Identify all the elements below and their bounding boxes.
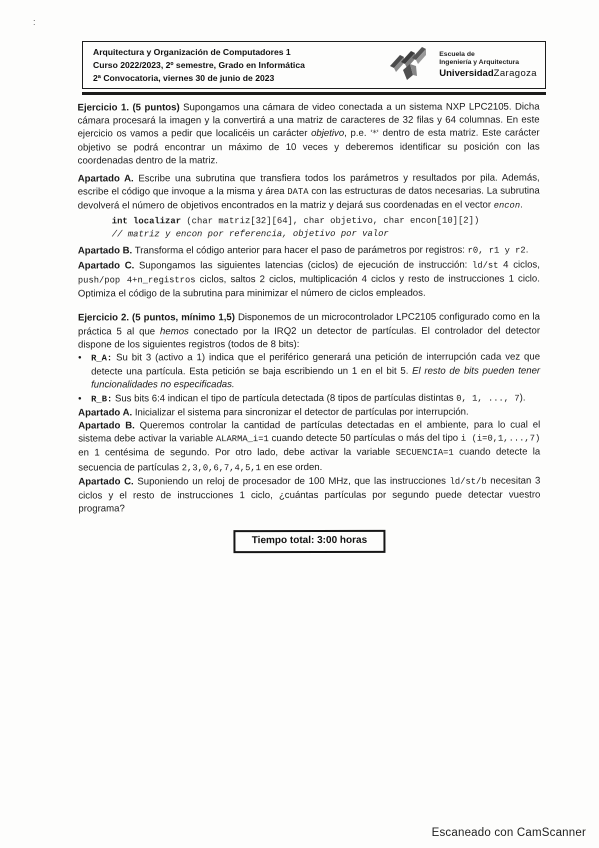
exercise1-apartado-b: Apartado B. Transforma el código anterio… [78,243,540,258]
exam-body: Ejercicio 1. (5 puntos) Supongamos una c… [78,101,541,554]
header-divider [82,92,546,95]
exam-header: Arquitectura y Organización de Computado… [82,41,546,89]
particle-types-mono: 0, 1, ..., 7 [456,393,519,403]
apartado-b2-text-2: cuando detecte 50 partículas o más del t… [269,433,461,444]
apartado-c2-label: Apartado C. [78,476,133,487]
exercise1-objetivo-word: objetivo [311,128,344,139]
exercise2-intro: Ejercicio 2. (5 puntos, mínimo 1,5) Disp… [78,311,540,352]
camscanner-watermark: Escaneado con CamScanner [432,827,586,839]
exercise2-apartado-c: Apartado C. Suponiendo un reloj de proce… [78,474,540,516]
registers-list: r0, r1 y r2 [468,245,526,255]
data-keyword: DATA [287,187,308,197]
apartado-b2-text-3: en 1 centésima de segundo. Por otro lado… [78,447,395,459]
university-text: Escuela de Ingeniería y Arquitectura Uni… [439,51,537,79]
exercise2-apartado-b: Apartado B. Queremos controlar la cantid… [78,419,540,476]
i-range: (i=0,1,...,7) [466,434,540,444]
apartado-b2-text-5: en ese orden. [261,462,322,473]
apartado-c2-text-1: Suponiendo un reloj de procesador de 100… [134,476,450,488]
alarma-variable: ALARMA_i=1 [216,434,269,444]
apartado-c-text-2: 4 ciclos, [498,259,539,270]
hemos-word: hemos [160,326,189,337]
university-branding: Escuela de Ingeniería y Arquitectura Uni… [386,46,545,84]
apartado-a2-label: Apartado A. [78,407,132,418]
apartado-c-label: Apartado C. [78,260,134,271]
apartado-b-label: Apartado B. [78,245,132,256]
university-name-bold: Universidad [439,68,493,79]
code-keyword: int localizar [112,216,181,226]
apartado-a-period: . [520,200,523,211]
code-snippet: int localizar (char matriz[32][64], char… [112,214,540,241]
scanned-exam-page: : Arquitectura y Organización de Computa… [0,0,599,848]
apartado-c-text-1: Supongamos las siguientes latencias (cic… [134,259,472,271]
register-bullet-ra: • R_A: Su bit 3 (activo a 1) indica que … [78,351,540,393]
exercise1-apartado-a: Apartado A. Escribe una subrutina que tr… [78,172,540,215]
school-name-line2: Ingeniería y Arquitectura [439,59,537,67]
bullet-icon: • [78,392,91,406]
pushpop-mono: push/pop 4+n_registros [78,275,196,285]
exercise1-title: Ejercicio 1. (5 puntos) [78,102,180,113]
universidad-zaragoza-logo-icon [386,46,432,84]
apartado-b2-label: Apartado B. [78,420,135,431]
course-info: Arquitectura y Organización de Computado… [83,46,305,85]
secuencia-variable: SECUENCIA=1 [396,448,454,458]
apartado-a2-text: Inicializar el sistema para sincronizar … [132,407,469,419]
school-name-line1: Escuela de [439,51,537,59]
code-comment: // matriz y encon por referencia, objeti… [112,227,540,241]
exercise1-intro: Ejercicio 1. (5 puntos) Supongamos una c… [78,101,540,168]
register-ra-description: R_A: Su bit 3 (activo a 1) indica que el… [91,351,540,393]
bullet-icon: • [78,352,91,393]
encon-variable: encon [494,201,520,211]
register-rb-text-1: Sus bits 6:4 indican el tipo de partícul… [112,392,456,404]
register-rb-text-2: ). [520,392,526,403]
code-signature: (char matriz[32][64], char objetivo, cha… [181,215,479,226]
register-bullet-rb: • R_B: Sus bits 6:4 indican el tipo de p… [78,391,540,406]
exercise2-title: Ejercicio 2. (5 puntos, mínimo 1,5) [78,313,235,324]
exercise2-apartado-a: Apartado A. Inicializar el sistema para … [78,405,540,419]
exam-date: 2ª Convocatoria, viernes 30 de junio de … [93,72,305,85]
total-time-box: Tiempo total: 3:00 horas [234,530,385,553]
apartado-b-period: . [526,244,529,255]
scan-artifact-mark: : [33,20,36,25]
apartado-b-text: Transforma el código anterior para hacer… [132,244,467,256]
university-name: UniversidadZaragoza [439,68,537,79]
code-line-1: int localizar (char matriz[32][64], char… [112,214,540,228]
exercise1-intro-text-2: , p.e. [344,128,370,139]
register-ra-name: R_A: [91,353,112,363]
register-rb-name: R_B: [91,394,112,404]
ldst-mono: ld/st [472,260,498,270]
particle-sequence: 2,3,0,6,7,4,5,1 [182,463,261,473]
ldstb-mono: ld/st/b [450,477,487,487]
exercise1-apartado-c: Apartado C. Supongamos las siguientes la… [78,258,540,301]
apartado-a-label: Apartado A. [78,173,134,184]
course-title: Arquitectura y Organización de Computado… [93,46,305,59]
university-name-light: Zaragoza [494,68,537,79]
register-rb-description: R_B: Sus bits 6:4 indican el tipo de par… [91,391,540,406]
course-term: Curso 2022/2023, 2º semestre, Grado en I… [93,59,305,72]
